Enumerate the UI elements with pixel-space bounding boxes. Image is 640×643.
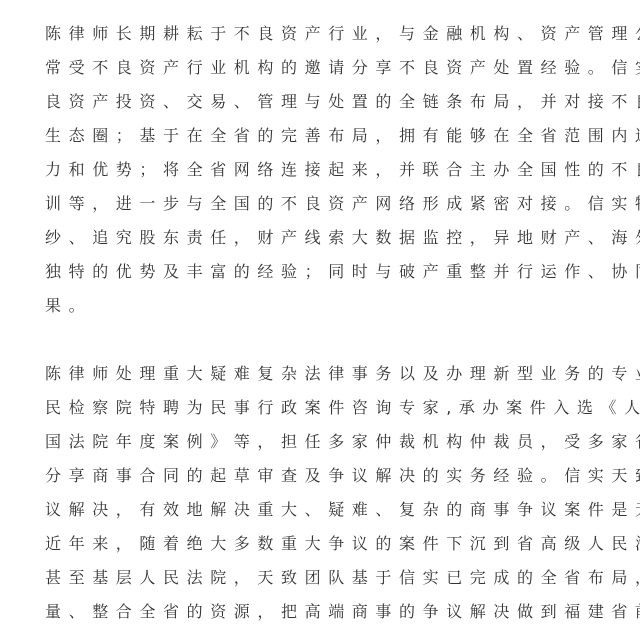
paragraph-npl-practice: 陈律师长期耕耘于不良资产行业，与金融机构、资产管理公司等紧密合作，并经 常受不良… (45, 17, 620, 323)
text-line: 民检察院特聘为民事行政案件咨询专家,承办案件入选《人民法院案例选》《中 (45, 391, 620, 425)
text-line: 训等，进一步与全国的不良资产网络形成紧密对接。信实特资团队在揭开公司面 (45, 187, 620, 221)
text-line: 量、整合全省的资源，把高端商事的争议解决做到福建省前端。 (45, 595, 620, 629)
text-line: 常受不良资产行业机构的邀请分享不良资产处置经验。信实特资团队业务贯穿不 (45, 51, 620, 85)
text-line: 国法院年度案例》等，担任多家仲裁机构仲裁员，受多家省市律师协会的邀请， (45, 425, 620, 459)
text-line: 议解决，有效地解决重大、疑难、复杂的商事争议案件是天致团队的传统优势。 (45, 493, 620, 527)
text-line: 独特的优势及丰富的经验；同时与破产重整并行运作、协同互补，取得良好效 (45, 255, 620, 289)
text-line: 生态圈；基于在全省的完善布局，拥有能够在全省范围内进行不良资产处置的能 (45, 119, 620, 153)
text-line: 力和优势；将全省网络连接起来，并联合主办全国性的不良资产论坛、讲座、培 (45, 153, 620, 187)
text-line: 分享商事合同的起草审查及争议解决的实务经验。信实天致团队专注高端商事争 (45, 459, 620, 493)
text-line: 果。 (45, 289, 620, 323)
paragraph-spacer (45, 323, 620, 357)
text-line: 甚至基层人民法院，天致团队基于信实已完成的全省布局，集中自身的优势力 (45, 561, 620, 595)
text-line: 陈律师长期耕耘于不良资产行业，与金融机构、资产管理公司等紧密合作，并经 (45, 17, 620, 51)
text-line: 陈律师处理重大疑难复杂法律事务以及办理新型业务的专业能力突出，被最高人 (45, 357, 620, 391)
text-line: 近年来，随着绝大多数重大争议的案件下沉到省高级人民法院、中级人民法院、 (45, 527, 620, 561)
article-body: 陈律师长期耕耘于不良资产行业，与金融机构、资产管理公司等紧密合作，并经 常受不良… (45, 17, 620, 629)
text-line: 纱、追究股东责任，财产线索大数据监控，异地财产、海外财产追索等方面有着 (45, 221, 620, 255)
text-line: 良资产投资、交易、管理与处置的全链条布局，并对接不良资产业务上下游整个 (45, 85, 620, 119)
paragraph-commercial-disputes: 陈律师处理重大疑难复杂法律事务以及办理新型业务的专业能力突出，被最高人 民检察院… (45, 357, 620, 629)
